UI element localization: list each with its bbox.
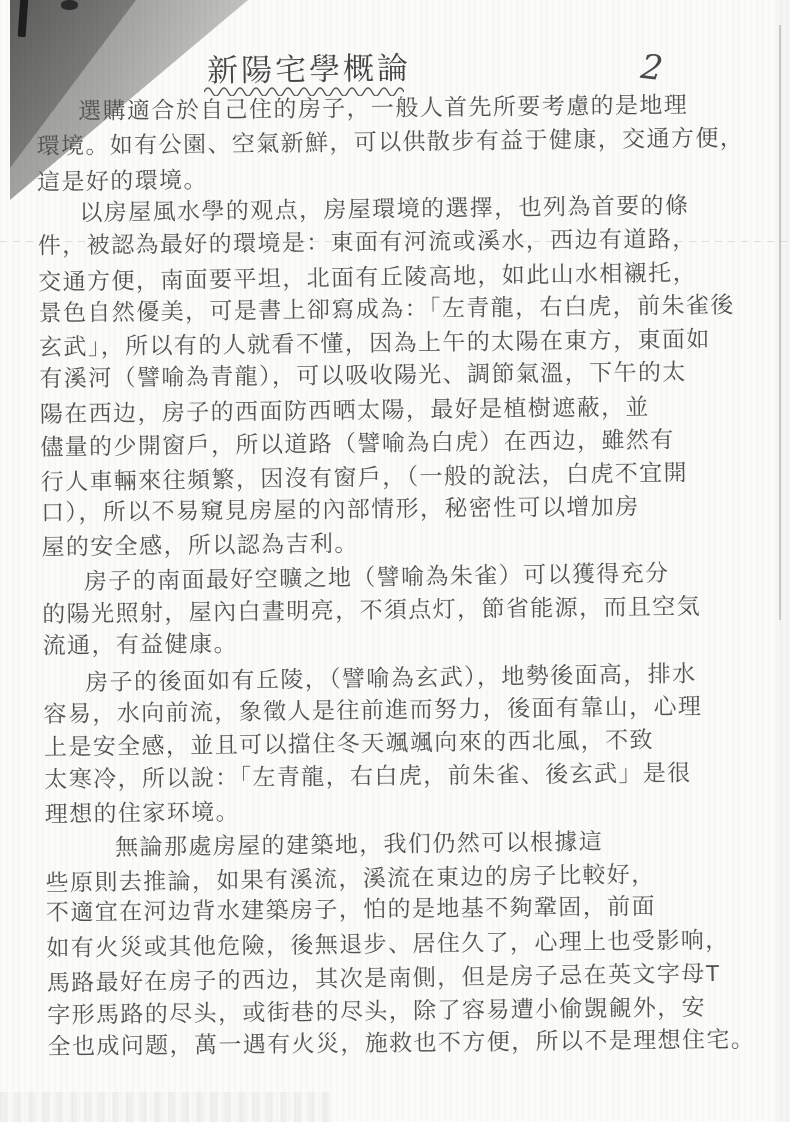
page-number: 2	[639, 47, 665, 89]
handwritten-line: 口），所以不易窺見房屋的內部情形，秘密性可以增加房	[41, 488, 767, 529]
scanned-page: 新陽宅學概論 2 選購適合於自己住的房子，一般人首先所要考慮的是地理 環境。如有…	[0, 0, 790, 1122]
scan-corner-mark-dot	[61, 0, 78, 10]
handwritten-body: 選購適合於自己住的房子，一般人首先所要考慮的是地理 環境。如有公園、空氣新鮮，可…	[36, 88, 774, 1065]
handwritten-line: 全也成问题，萬一遇有火災，施救也不方便，所以不是理想住宅。	[47, 1023, 773, 1064]
scan-smudge	[0, 1092, 330, 1122]
scan-edge-line	[779, 25, 781, 620]
